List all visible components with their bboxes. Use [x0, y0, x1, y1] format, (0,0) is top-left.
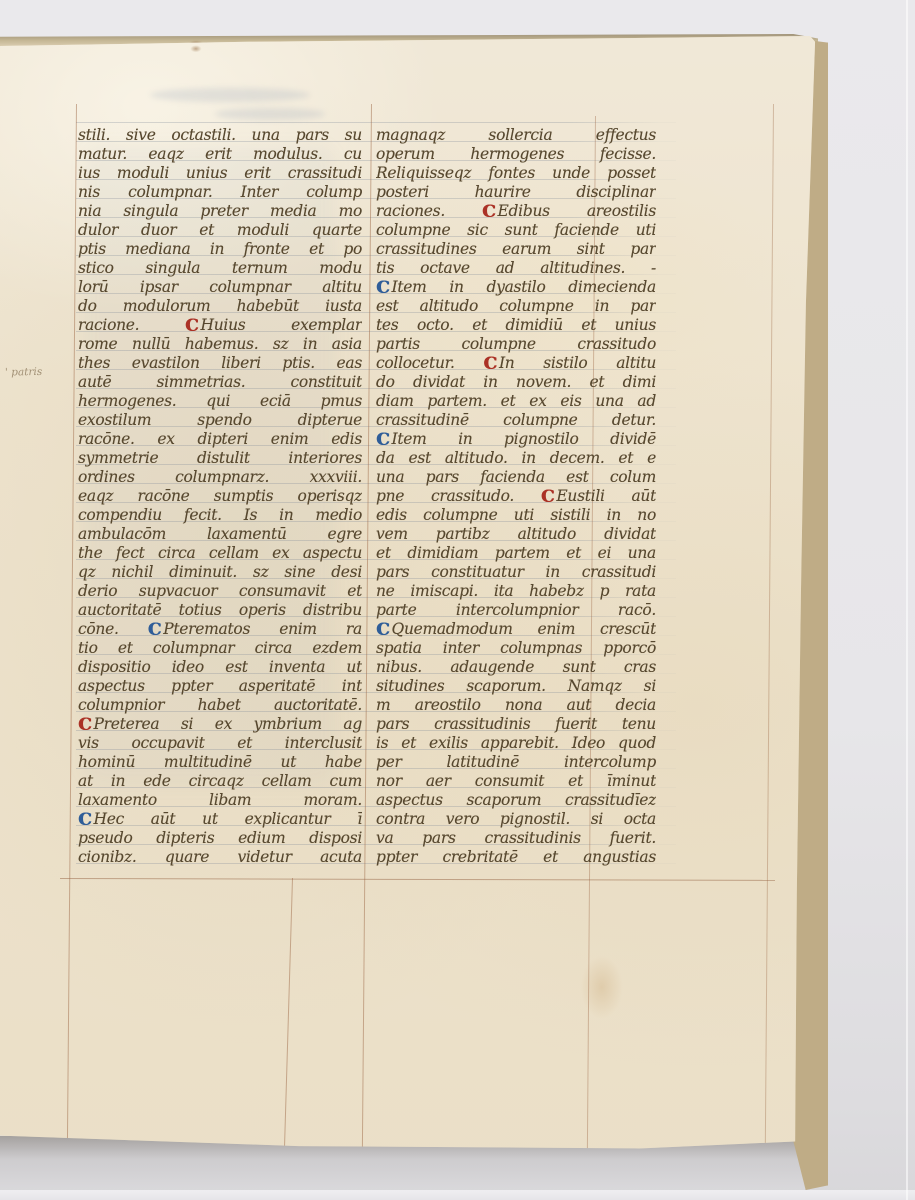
manuscript-line: cionibz. quare videtur acuta — [78, 848, 362, 867]
ruling-vertical-outer-margin — [765, 104, 774, 1184]
manuscript-line: cōne. CPterematos enim ra — [78, 620, 362, 639]
manuscript-line: nia singula preter media mo — [78, 202, 362, 221]
manuscript-line: symmetrie distulit interiores — [78, 449, 362, 468]
manuscript-line: do modulorum habebūt iusta — [78, 297, 362, 316]
manuscript-line: exostilum spendo dipterue — [78, 411, 362, 430]
manuscript-line: da est altitudo. in decem. et e — [376, 449, 656, 468]
capitulum-mark: C — [482, 202, 495, 221]
ruling-horizontal-bottom — [60, 878, 775, 881]
manuscript-line: partis columpne crassitudo — [376, 335, 656, 354]
manuscript-line: stili. sive octastili. una pars su — [78, 126, 362, 145]
manuscript-line: operum hermogenes fecisse. — [376, 145, 656, 164]
manuscript-line: tis octave ad altitudines. - — [376, 259, 656, 278]
photo-frame-edge — [906, 0, 908, 1200]
capitulum-mark: C — [376, 430, 389, 449]
capitulum-mark: C — [376, 278, 389, 297]
manuscript-line: CItem in dyastilo dimecienda — [376, 278, 656, 297]
manuscript-line: una pars facienda est colum — [376, 468, 656, 487]
manuscript-line: per latitudinē intercolump — [376, 753, 656, 772]
manuscript-line: m areostilo nona aut decia — [376, 696, 656, 715]
manuscript-line: Reliquisseqz fontes unde posset — [376, 164, 656, 183]
capitulum-mark: C — [376, 620, 389, 639]
manuscript-line: auctoritatē totius operis distribu — [78, 601, 362, 620]
manuscript-line: et dimidiam partem et ei una — [376, 544, 656, 563]
manuscript-line: tio et columpnar circa ezdem — [78, 639, 362, 658]
ruling-vertical-col1-right — [283, 878, 293, 1174]
manuscript-line: columpnior habet auctoritatē. — [78, 696, 362, 715]
manuscript-line: aspectus scaporum crassitudīez — [376, 791, 656, 810]
manuscript-line: ppter crebritatē et angustias — [376, 848, 656, 867]
ink-bleedthrough — [150, 88, 310, 102]
manuscript-line: vem partibz altitudo dividat — [376, 525, 656, 544]
manuscript-line: posteri haurire disciplinar — [376, 183, 656, 202]
manuscript-line: ordines columpnarz. xxxviii. — [78, 468, 362, 487]
capitulum-mark: C — [78, 715, 91, 734]
manuscript-line: situdines scaporum. Namqz si — [376, 677, 656, 696]
manuscript-line: diam partem. et ex eis una ad — [376, 392, 656, 411]
manuscript-line: nibus. adaugende sunt cras — [376, 658, 656, 677]
manuscript-line: CItem in pignostilo dividē — [376, 430, 656, 449]
manuscript-line: do dividat in novem. et dimi — [376, 373, 656, 392]
manuscript-line: aspectus ppter asperitatē int — [78, 677, 362, 696]
manuscript-line: contra vero pignostil. si octa — [376, 810, 656, 829]
manuscript-line: laxamento libam moram. — [78, 791, 362, 810]
capitulum-mark: C — [185, 316, 198, 335]
manuscript-line: ambulacōm laxamentū egre — [78, 525, 362, 544]
manuscript-line: raciones. CEdibus areostilis — [376, 202, 656, 221]
manuscript-line: ptis mediana in fronte et po — [78, 240, 362, 259]
manuscript-line: CQuemadmodum enim crescūt — [376, 620, 656, 639]
capitulum-mark: C — [483, 354, 496, 373]
manuscript-line: autē simmetrias. constituit — [78, 373, 362, 392]
manuscript-line: magnaqz sollercia effectus — [376, 126, 656, 145]
manuscript-line: is et exilis apparebit. Ideo quod — [376, 734, 656, 753]
capitulum-mark: C — [78, 810, 91, 829]
manuscript-line: rome nullū habemus. sz in asia — [78, 335, 362, 354]
manuscript-line: the fect circa cellam ex aspectu — [78, 544, 362, 563]
manuscript-line: CPreterea si ex ymbrium ag — [78, 715, 362, 734]
manuscript-line: columpne sic sunt faciende uti — [376, 221, 656, 240]
manuscript-line: hermogenes. qui eciā pmus — [78, 392, 362, 411]
manuscript-line: racōne. ex dipteri enim edis — [78, 430, 362, 449]
manuscript-line: at in ede circaqz cellam cum — [78, 772, 362, 791]
manuscript-line: vis occupavit et interclusit — [78, 734, 362, 753]
text-column-right: magnaqz sollercia effectusoperum hermoge… — [376, 126, 656, 867]
manuscript-line: pseudo dipteris edium disposi — [78, 829, 362, 848]
manuscript-line: collocetur. CIn sistilo altitu — [376, 354, 656, 373]
manuscript-line: dispositio ideo est inventa ut — [78, 658, 362, 677]
manuscript-line: est altitudo columpne in par — [376, 297, 656, 316]
manuscript-line: parte intercolumpnior racō. — [376, 601, 656, 620]
manuscript-line: CHec aūt ut explicantur ī — [78, 810, 362, 829]
manuscript-line: nor aer consumit et īminut — [376, 772, 656, 791]
manuscript-page: ' patris stili. sive octastili. una pars… — [0, 36, 830, 1196]
manuscript-line: derio supvacuor consumavit et — [78, 582, 362, 601]
manuscript-photo: { "photo": { "subject": "medieval manusc… — [0, 0, 915, 1200]
manuscript-line: stico singula ternum modu — [78, 259, 362, 278]
manuscript-line: pne crassitudo. CEustili aūt — [376, 487, 656, 506]
manuscript-line: qz nichil diminuit. sz sine desi — [78, 563, 362, 582]
manuscript-line: matur. eaqz erit modulus. cu — [78, 145, 362, 164]
manuscript-line: edis columpne uti sistili in no — [376, 506, 656, 525]
manuscript-line: thes evastilon liberi ptis. eas — [78, 354, 362, 373]
manuscript-line: pars constituatur in crassitudi — [376, 563, 656, 582]
manuscript-line: tes octo. et dimidiū et unius — [376, 316, 656, 335]
capitulum-mark: C — [541, 487, 554, 506]
manuscript-line: eaqz racōne sumptis operisqz — [78, 487, 362, 506]
manuscript-line: crassitudinē columpne detur. — [376, 411, 656, 430]
manuscript-line: ius moduli unius erit crassitudi — [78, 164, 362, 183]
manuscript-line: spatia inter columpnas pporcō — [376, 639, 656, 658]
manuscript-line: dulor duor et moduli quarte — [78, 221, 362, 240]
manuscript-line: nis columpnar. Inter colump — [78, 183, 362, 202]
manuscript-line: compendiu fecit. Is in medio — [78, 506, 362, 525]
manuscript-line: pars crassitudinis fuerit tenu — [376, 715, 656, 734]
manuscript-line: hominū multitudinē ut habe — [78, 753, 362, 772]
manuscript-line: ne imiscapi. ita habebz p rata — [376, 582, 656, 601]
manuscript-line: crassitudines earum sint par — [376, 240, 656, 259]
text-column-left: stili. sive octastili. una pars sumatur.… — [78, 126, 362, 867]
manuscript-line: lorū ipsar columpnar altitu — [78, 278, 362, 297]
margin-note: ' patris — [5, 365, 67, 378]
capitulum-mark: C — [148, 620, 161, 639]
ink-bleedthrough — [215, 108, 325, 120]
manuscript-line: va pars crassitudinis fuerit. — [376, 829, 656, 848]
backdrop-bottom-strip — [0, 1190, 915, 1200]
manuscript-line: racione. CHuius exemplar — [78, 316, 362, 335]
